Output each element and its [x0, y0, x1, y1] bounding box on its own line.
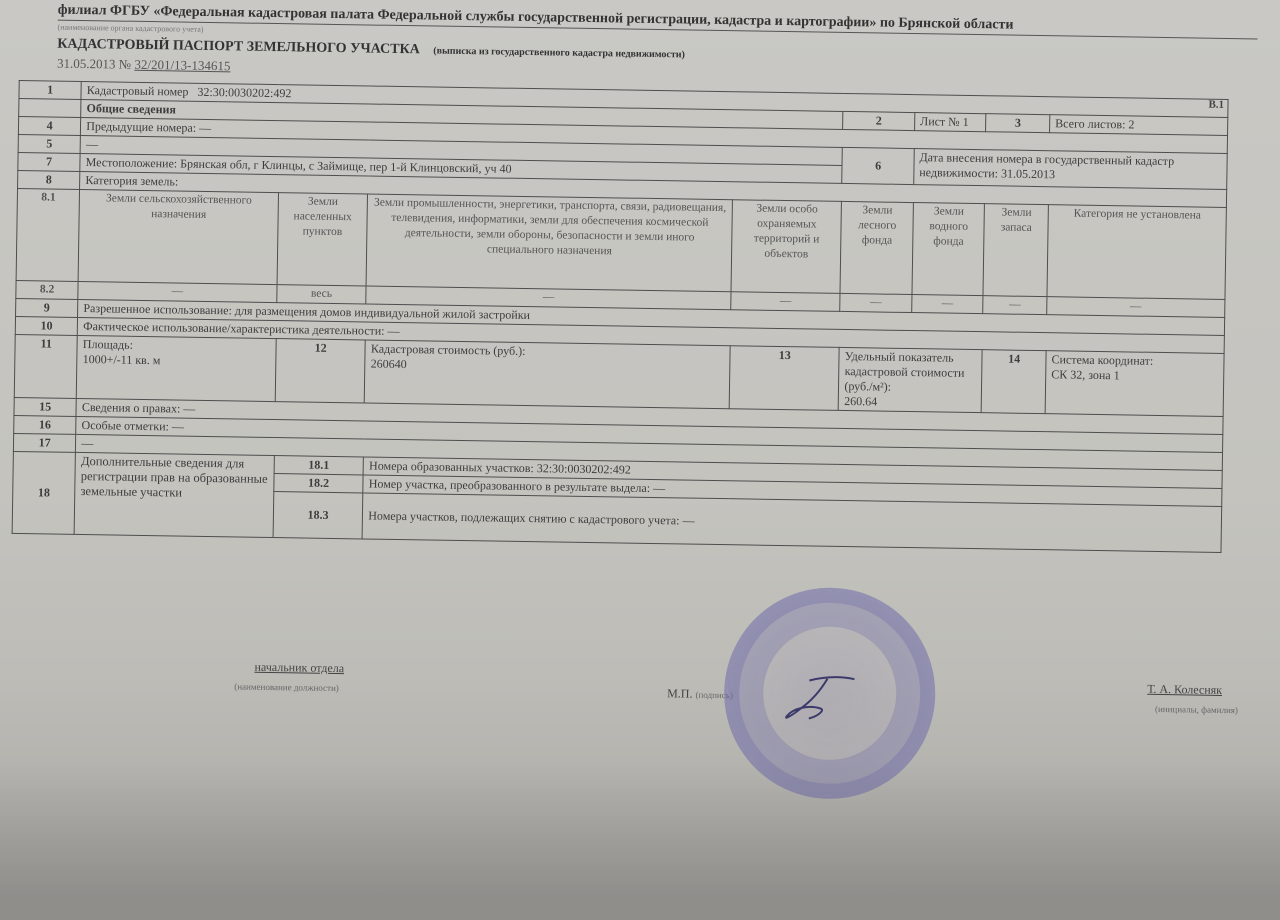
specific-value-label: Удельный показатель кадастровой стоимост… — [844, 349, 977, 396]
category-value: весь — [277, 285, 367, 304]
coordinate-system-value: СК 32, зона 1 — [1051, 367, 1218, 385]
category-header: Земли лесного фонда — [840, 201, 913, 294]
additional-info-label: Дополнительные сведения для регистрации … — [74, 452, 274, 537]
document-number-value: 32/201/13-134615 — [134, 57, 230, 74]
signer-name: Т. А. Колесняк — [1147, 682, 1222, 698]
row-number: 11 — [14, 334, 77, 398]
row-number: 12 — [275, 339, 366, 403]
photo-background: филиал ФГБУ «Федеральная кадастровая пал… — [0, 0, 1280, 900]
rights-label: Сведения о правах: — [82, 400, 181, 416]
document-date: 31.05.2013 — [57, 56, 116, 72]
row-number: 7 — [18, 152, 81, 171]
actual-use-label: Фактическое использование/характеристика… — [83, 319, 385, 338]
row-number: 1 — [19, 80, 82, 99]
sheet-number: 1 — [963, 115, 969, 129]
mp-label: М.П. — [667, 686, 693, 700]
total-sheets-value: 2 — [1128, 117, 1134, 131]
row-number: 6 — [842, 147, 914, 184]
entry-date-value: 31.05.2013 — [1001, 166, 1055, 181]
organization-caption: (наименование органа кадастрового учета) — [58, 23, 204, 34]
category-value: — — [840, 293, 912, 312]
transformed-parcel-label: Номер участка, преобразованного в резуль… — [369, 477, 650, 495]
special-notes-value: — — [172, 419, 184, 433]
row-number: 10 — [15, 316, 78, 335]
row-number: 8.2 — [16, 280, 79, 299]
formed-parcels-label: Номера образованных участков: — [369, 459, 534, 476]
row-number: 15 — [14, 397, 77, 416]
seal-place: М.П. (подпись) — [667, 686, 733, 702]
permitted-use-label: Разрешенное использование: — [83, 301, 232, 317]
category-header: Земли водного фонда — [912, 203, 985, 296]
sheet-label: Лист № — [920, 114, 960, 129]
category-header: Категория не установлена — [1047, 205, 1226, 300]
removed-parcels-value: — — [682, 513, 694, 527]
cadastral-table: 1 Кадастровый номер 32:30:0030202:492 Об… — [12, 80, 1229, 553]
category-header: Земли промышленности, энергетики, трансп… — [366, 194, 732, 292]
location-label: Местоположение: — [86, 155, 178, 170]
category-header: Земли особо охраняемых территорий и объе… — [731, 200, 842, 294]
permitted-use-value: для размещения домов индивидуальной жило… — [235, 303, 530, 322]
specific-value: 260.64 — [844, 394, 976, 411]
cadastral-number-label: Кадастровый номер — [87, 83, 189, 99]
category-header: Земли населенных пунктов — [277, 193, 368, 286]
category-value: — — [731, 292, 840, 312]
removed-parcels-label: Номера участков, подлежащих снятию с кад… — [368, 509, 679, 528]
total-sheets-label: Всего листов: — [1055, 116, 1125, 131]
row-number: 17 — [13, 433, 76, 452]
category-value: — — [983, 296, 1047, 315]
previous-numbers-value: — — [199, 121, 211, 135]
signature-block: начальник отдела (наименование должности… — [0, 656, 1270, 676]
row-number: 5 — [18, 134, 81, 153]
position-caption: (наименование должности) — [234, 681, 339, 693]
category-header: Земли сельскохозяйственного назначения — [78, 189, 278, 284]
row-number: 18 — [12, 451, 76, 534]
number-sign: № — [119, 57, 132, 72]
document-number: 31.05.2013 № 32/201/13-134615 — [57, 56, 231, 75]
row-number: 18.3 — [273, 492, 363, 539]
title-text: КАДАСТРОВЫЙ ПАСПОРТ ЗЕМЕЛЬНОГО УЧАСТКА — [57, 37, 420, 58]
title-subtitle: (выписка из государственного кадастра не… — [433, 45, 685, 60]
row-number: 2 — [843, 111, 915, 130]
name-caption: (инициалы, фамилия) — [1155, 704, 1238, 715]
handwritten-signature-icon — [779, 672, 860, 723]
row-number: 9 — [16, 298, 79, 317]
area-value: 1000+/-11 кв. м — [83, 352, 271, 370]
category-value: — — [912, 295, 984, 314]
row-number: 3 — [986, 114, 1050, 133]
special-notes-label: Особые отметки: — [81, 418, 169, 433]
signer-position: начальник отдела — [254, 660, 344, 676]
previous-numbers-label: Предыдущие номера: — [86, 119, 196, 135]
organization-name: филиал ФГБУ «Федеральная кадастровая пал… — [58, 3, 1258, 40]
row-number: 18.2 — [274, 474, 364, 493]
row-number: 14 — [982, 350, 1047, 414]
row-number: 4 — [18, 116, 81, 135]
cadastral-number-value: 32:30:0030202:492 — [197, 85, 291, 100]
row-number: 8 — [18, 170, 81, 189]
row-number: 18.1 — [274, 456, 364, 475]
row-number: 8.1 — [16, 188, 80, 281]
row-number: 13 — [729, 346, 839, 411]
photo-shadow — [0, 760, 1280, 900]
category-header: Земли запаса — [983, 204, 1048, 297]
rights-value: — — [183, 402, 195, 416]
formed-parcels-value: 32:30:0030202:492 — [537, 461, 631, 476]
transformed-parcel-value: — — [653, 481, 665, 495]
actual-use-value: — — [387, 324, 399, 338]
row-number: 16 — [14, 415, 77, 434]
